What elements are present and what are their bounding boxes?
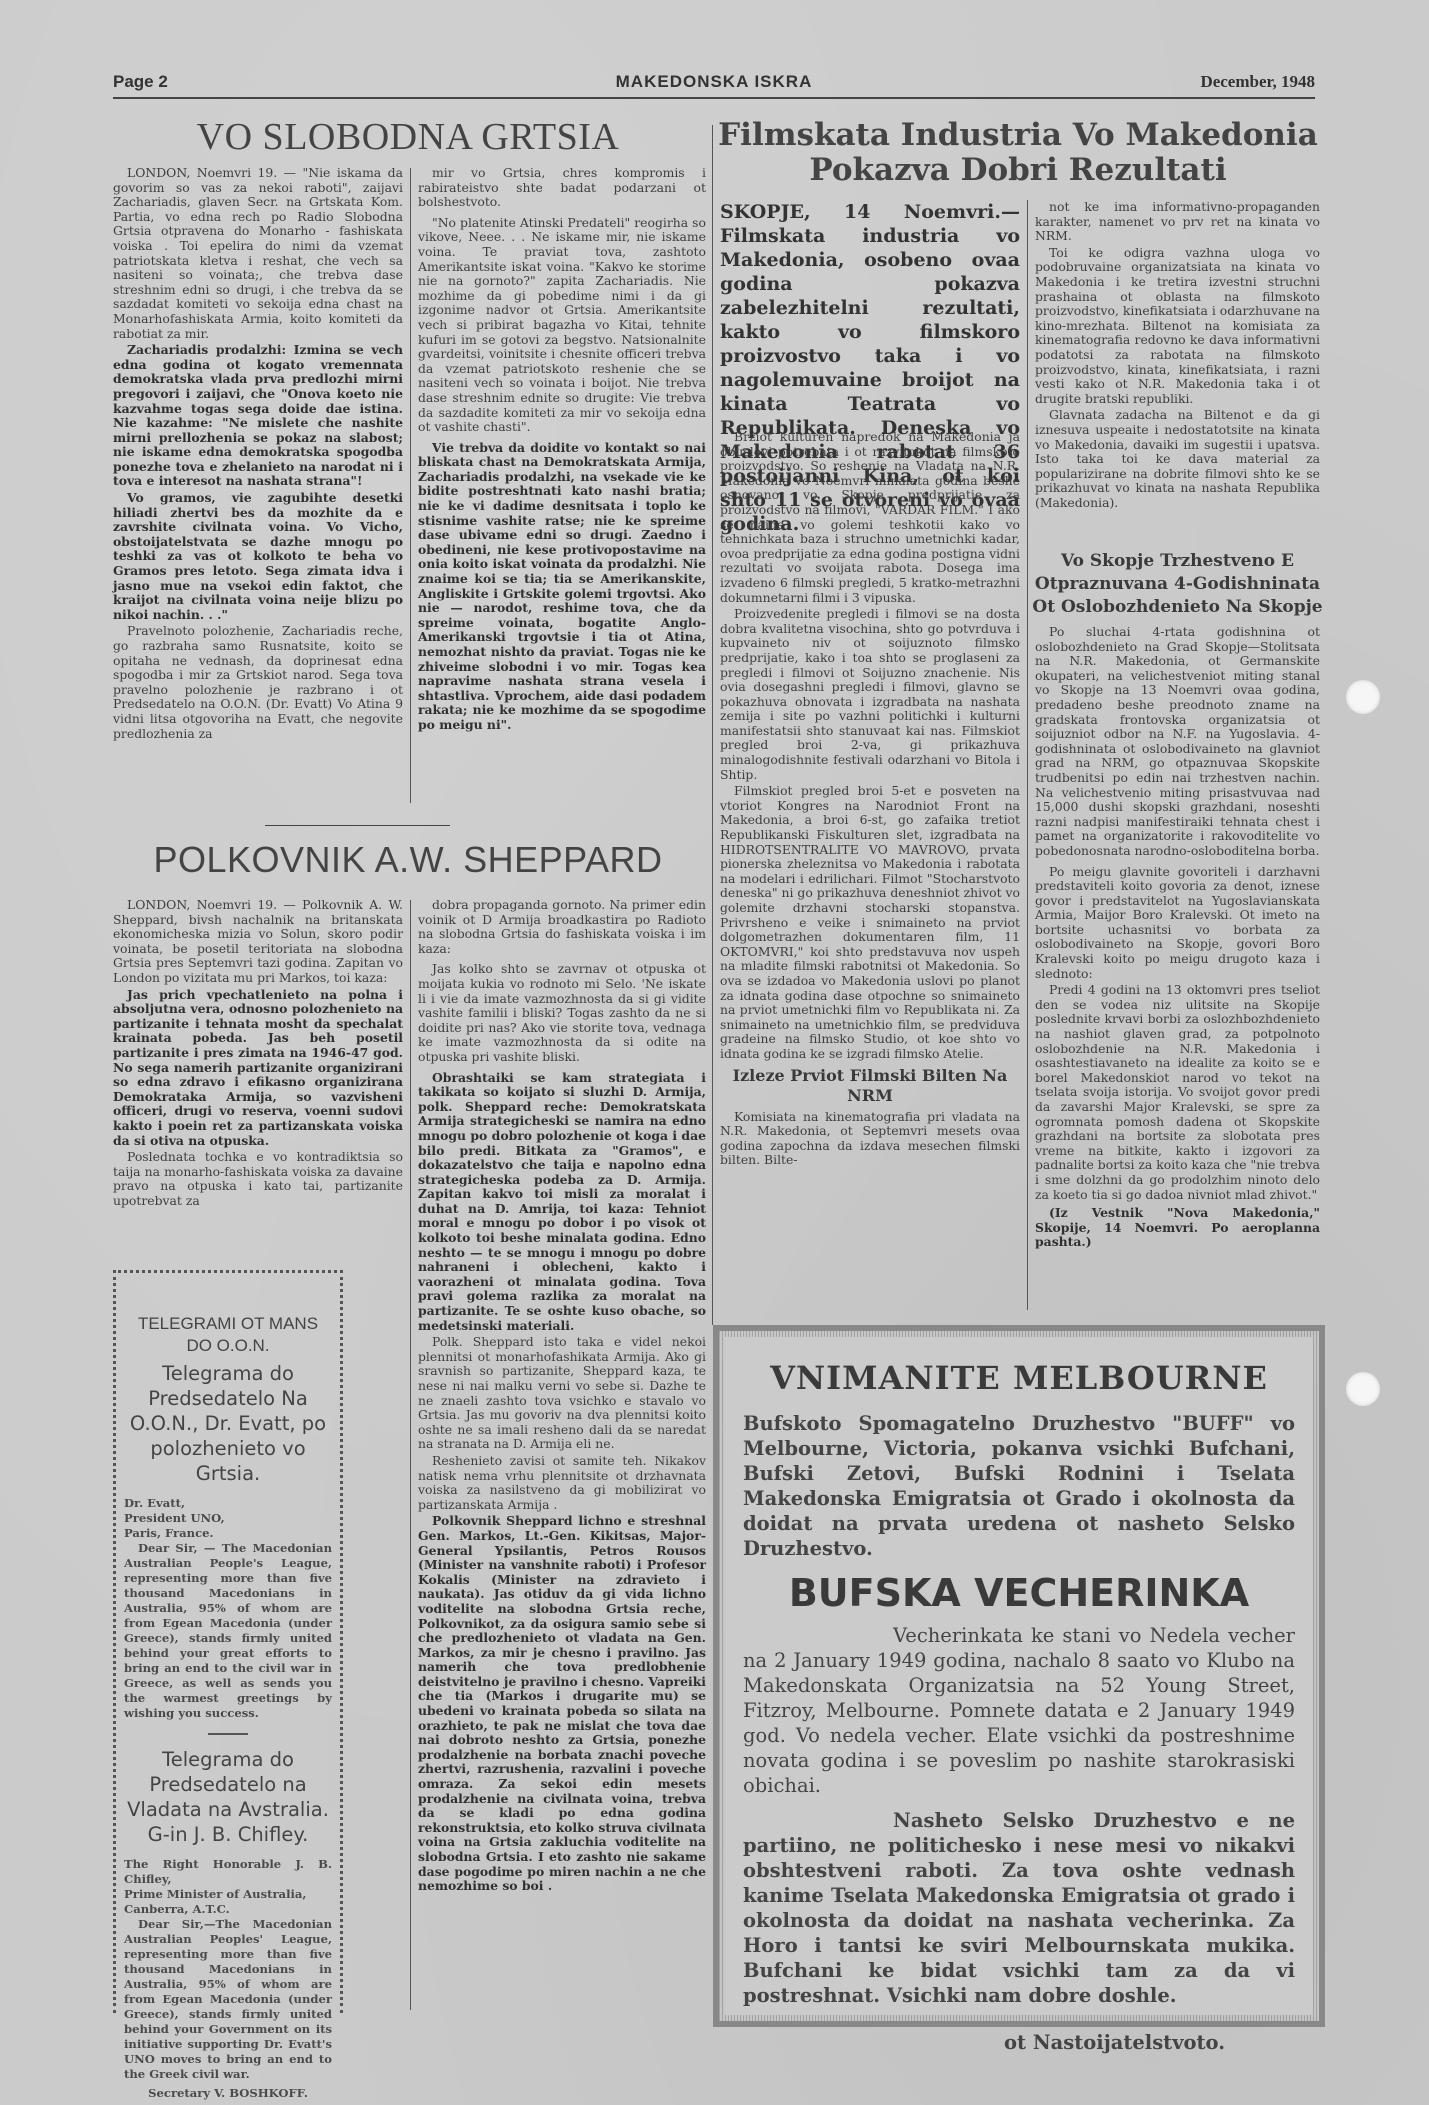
source-credit: (Iz Vestnik "Nova Makedonia," Skopije, 1… bbox=[1035, 1206, 1320, 1250]
paragraph: Po meigu glavnite govoriteli i darzhavni… bbox=[1035, 865, 1320, 982]
article4-body: Po sluchai 4-rtata godishnina ot osloboz… bbox=[1035, 625, 1320, 1252]
section-rule bbox=[265, 825, 450, 826]
article3-col1: Brziot kulturen napredok na Makedonia ja… bbox=[720, 430, 1020, 1170]
address-line: Prime Minister of Australia, bbox=[124, 1887, 332, 1902]
column-divider bbox=[410, 168, 411, 803]
telegram-title-evatt: Telegrama do Predsedatelo Na O.O.N., Dr.… bbox=[124, 1361, 332, 1486]
telegram-evatt: Dr. Evatt, President UNO, Paris, France.… bbox=[124, 1496, 332, 1721]
paragraph: Vo gramos, vie zagubihte desetki hiliadi… bbox=[113, 491, 403, 622]
paragraph: Proizvedenite pregledi i filmovi se na d… bbox=[720, 607, 1020, 782]
subhead-filmski-bilten: Izleze Prviot Filmski Bilten Na NRM bbox=[720, 1066, 1020, 1106]
paragraph: not ke ima informativno-propaganden kara… bbox=[1035, 200, 1320, 244]
issue-date: December, 1948 bbox=[1200, 72, 1315, 92]
ad-title: VNIMANITE MELBOURNE bbox=[725, 1359, 1313, 1397]
paragraph: Reshenieto zavisi ot samite teh. Nikakov… bbox=[418, 1454, 706, 1512]
article1-col2: mir vo Grtsia, chres kompromis i rabirat… bbox=[418, 166, 706, 735]
address-line: The Right Honorable J. B. Chifley, bbox=[124, 1857, 332, 1887]
paragraph: Jas prich vpechatlenieto na polna i abso… bbox=[113, 988, 403, 1149]
article2-col2: dobra propaganda gornoto. Na primer edin… bbox=[418, 898, 706, 1896]
paragraph: LONDON, Noemvri 19. — "Nie iskama da gov… bbox=[113, 166, 403, 341]
ad-event-details: Vecherinkata ke stani vo Nedela vecher n… bbox=[743, 1623, 1295, 1798]
ad-notice: Nasheto Selsko Druzhestvo e ne partiino,… bbox=[743, 1808, 1295, 2008]
paragraph: Predi 4 godini na 13 oktomvri pres tseli… bbox=[1035, 983, 1320, 1202]
newspaper-title: MAKEDONSKA ISKRA bbox=[113, 72, 1315, 92]
address-line: Canberra, A.T.C. bbox=[124, 1902, 332, 1917]
paragraph: Po sluchai 4-rtata godishnina ot osloboz… bbox=[1035, 625, 1320, 859]
paragraph: Jas kolko shto se zavrnav ot otpuska ot … bbox=[418, 962, 706, 1064]
telegram-chifley: The Right Honorable J. B. Chifley, Prime… bbox=[124, 1857, 332, 2101]
address-line: President UNO, bbox=[124, 1511, 332, 1526]
page-divider bbox=[712, 125, 713, 1325]
ad-intro: Bufskoto Spomagatelno Druzhestvo "BUFF" … bbox=[743, 1411, 1295, 1561]
headline-vo-slobodna-grtsia: VO SLOBODNA GRTSIA bbox=[113, 118, 703, 156]
paragraph: Pravelnoto polozhenie, Zachariadis reche… bbox=[113, 624, 403, 741]
paragraph: Polk. Sheppard isto taka e videl nekoi p… bbox=[418, 1335, 706, 1452]
advertisement-content: VNIMANITE MELBOURNE Bufskoto Spomagateln… bbox=[725, 1337, 1313, 2015]
telegram-body: Dear Sir, — The Macedonian Australian Pe… bbox=[124, 1541, 332, 1721]
paragraph: mir vo Grtsia, chres kompromis i rabirat… bbox=[418, 166, 706, 210]
advertisement-box: VNIMANITE MELBOURNE Bufskoto Spomagateln… bbox=[713, 1325, 1325, 2027]
telegram-heading: TELEGRAMI OT MANS DO O.O.N. bbox=[124, 1313, 332, 1357]
paragraph: Zachariadis prodalzhi: Izmina se vech ed… bbox=[113, 343, 403, 489]
address-line: Dr. Evatt, bbox=[124, 1496, 332, 1511]
article1-col1: LONDON, Noemvri 19. — "Nie iskama da gov… bbox=[113, 166, 403, 743]
signature: Secretary V. BOSHKOFF. bbox=[124, 2086, 332, 2101]
paragraph: LONDON, Noemvri 19. — Polkovnik A. W. Sh… bbox=[113, 898, 403, 986]
headline-filmskata-industria: Filmskata Industria Vo Makedonia Pokazva… bbox=[718, 118, 1318, 187]
paragraph: Filmskiot pregled broi 5-et e posveten n… bbox=[720, 784, 1020, 1061]
paragraph: "No platenite Atinski Predateli" reogirh… bbox=[418, 216, 706, 435]
article3-col2: not ke ima informativno-propaganden kara… bbox=[1035, 200, 1320, 512]
ad-event-title: BUFSKA VECHERINKA bbox=[725, 1571, 1313, 1615]
masthead: Page 2 MAKEDONSKA ISKRA December, 1948 bbox=[113, 72, 1315, 96]
address-line: Paris, France. bbox=[124, 1526, 332, 1541]
newspaper-page: Page 2 MAKEDONSKA ISKRA December, 1948 V… bbox=[0, 0, 1429, 2105]
telegram-body: Dear Sir,—The Macedonian Australian Peop… bbox=[124, 1917, 332, 2082]
punch-hole bbox=[1346, 1372, 1380, 1406]
headline-polkovnik-sheppard: POLKOVNIK A.W. SHEPPARD bbox=[113, 842, 703, 878]
telegram-title-chifley: Telegrama do Predsedatelo na Vladata na … bbox=[124, 1747, 332, 1847]
paragraph: Komisiata na kinematografia pri vladata … bbox=[720, 1110, 1020, 1168]
column-divider bbox=[410, 900, 411, 2010]
column-divider bbox=[1027, 200, 1028, 1310]
telegram-box: TELEGRAMI OT MANS DO O.O.N. Telegrama do… bbox=[113, 1270, 343, 2013]
paragraph: dobra propaganda gornoto. Na primer edin… bbox=[418, 898, 706, 956]
masthead-rule bbox=[113, 97, 1315, 99]
article2-col1: LONDON, Noemvri 19. — Polkovnik A. W. Sh… bbox=[113, 898, 403, 1210]
paragraph: Brziot kulturen napredok na Makedonia ja… bbox=[720, 430, 1020, 605]
paragraph: Glavnata zadacha na Biltenot e da gi izn… bbox=[1035, 408, 1320, 510]
divider bbox=[208, 1733, 248, 1735]
paragraph: Toi ke odigra vazhna uloga vo podobruvai… bbox=[1035, 246, 1320, 407]
headline-skopje-4-godishnina: Vo Skopje Trzhestveno E Otpraznuvana 4-G… bbox=[1030, 550, 1325, 619]
paragraph: Poslednata tochka e vo kontradiktsia so … bbox=[113, 1150, 403, 1208]
paragraph: Obrashtaiki se kam strategiata i takikat… bbox=[418, 1071, 706, 1334]
punch-hole bbox=[1346, 680, 1380, 714]
paragraph: Polkovnik Sheppard lichno e streshnal Ge… bbox=[418, 1514, 706, 1893]
paragraph: Vie trebva da doidite vo kontakt so nai … bbox=[418, 441, 706, 733]
ad-signature: ot Nastoijatelstvoto. bbox=[725, 2030, 1295, 2055]
